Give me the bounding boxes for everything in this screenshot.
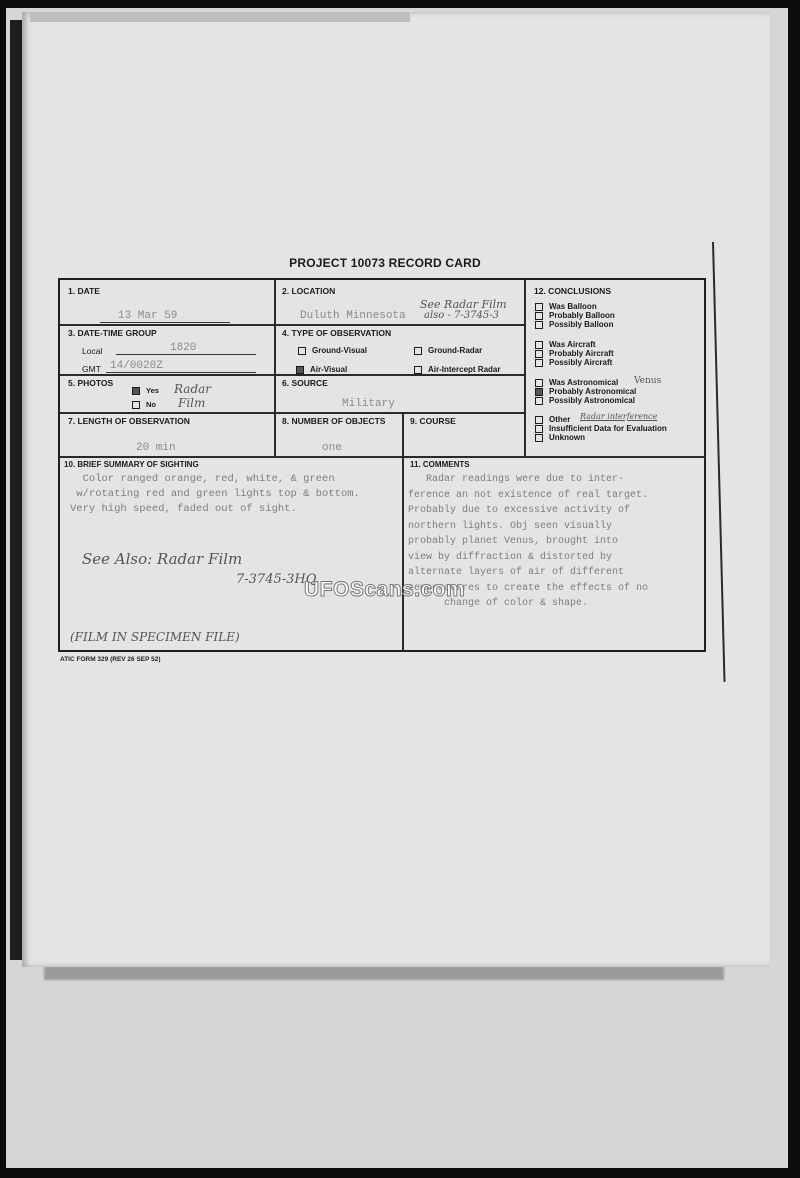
page-top-fold: [30, 12, 410, 22]
checkbox-checked-icon: [132, 387, 140, 395]
checkbox-icon: [535, 303, 543, 311]
concl-probably-astronomical[interactable]: Probably Astronomical: [535, 387, 636, 396]
concl-astronomical-note: Venus: [634, 376, 661, 386]
checkbox-icon: [298, 347, 306, 355]
photos-label: 5. PHOTOS: [68, 378, 113, 388]
photos-note-film: Film: [178, 396, 205, 410]
gmt-underline: [106, 372, 256, 373]
concl-possibly-aircraft[interactable]: Possibly Aircraft: [535, 358, 612, 367]
divider-row2: [60, 374, 524, 376]
photos-note-radar: Radar: [174, 382, 211, 396]
date-label: 1. DATE: [68, 286, 100, 296]
length-label: 7. LENGTH OF OBSERVATION: [68, 416, 190, 426]
concl-was-aircraft[interactable]: Was Aircraft: [535, 340, 596, 349]
gmt-label: GMT: [82, 364, 101, 374]
checkbox-checked-icon: [296, 366, 304, 374]
concl-other[interactable]: Other: [535, 415, 570, 424]
checkbox-icon: [535, 416, 543, 424]
date-value: 13 Mar 59: [118, 310, 177, 322]
summary-text: Color ranged orange, red, white, & green…: [70, 472, 360, 517]
concl-probably-balloon[interactable]: Probably Balloon: [535, 311, 615, 320]
concl-possibly-astronomical[interactable]: Possibly Astronomical: [535, 396, 635, 405]
concl-other-note: Radar interference: [580, 412, 657, 421]
gmt-value: 14/0020Z: [110, 360, 163, 372]
location-label: 2. LOCATION: [282, 286, 335, 296]
photos-yes[interactable]: Yes: [132, 386, 159, 395]
summary-note-see-also: See Also: Radar Film: [82, 550, 242, 568]
location-note-also: also - 7-3745-3: [424, 310, 499, 321]
length-value: 20 min: [136, 442, 176, 454]
checkbox-icon: [535, 312, 543, 320]
option-ground-radar[interactable]: Ground-Radar: [414, 346, 482, 355]
objects-label: 8. NUMBER OF OBJECTS: [282, 416, 385, 426]
source-label: 6. SOURCE: [282, 378, 328, 388]
divider-col-mid: [402, 412, 404, 652]
checkbox-icon: [535, 359, 543, 367]
summary-label: 10. BRIEF SUMMARY OF SIGHTING: [64, 460, 199, 469]
checkbox-icon: [535, 397, 543, 405]
checkbox-icon: [535, 341, 543, 349]
summary-note-specimen-file: (FILM IN SPECIMEN FILE): [70, 630, 240, 644]
divider-row3: [60, 412, 524, 414]
checkbox-icon: [535, 434, 543, 442]
local-underline: [116, 354, 256, 355]
local-time-label: Local: [82, 346, 102, 356]
checkbox-icon: [535, 379, 543, 387]
concl-was-astronomical[interactable]: Was Astronomical: [535, 378, 618, 387]
checkbox-icon: [414, 347, 422, 355]
concl-was-balloon[interactable]: Was Balloon: [535, 302, 597, 311]
photos-no[interactable]: No: [132, 400, 156, 409]
option-ground-visual[interactable]: Ground-Visual: [298, 346, 367, 355]
checkbox-icon: [535, 321, 543, 329]
date-underline: [100, 322, 230, 323]
divider-col1: [274, 280, 276, 456]
option-air-intercept-radar[interactable]: Air-Intercept Radar: [414, 365, 500, 374]
conclusions-panel: 12. CONCLUSIONS Was Balloon Probably Bal…: [526, 280, 706, 456]
concl-possibly-balloon[interactable]: Possibly Balloon: [535, 320, 613, 329]
local-time-value: 1820: [170, 342, 196, 354]
location-value: Duluth Minnesota: [300, 310, 406, 322]
card-title: PROJECT 10073 RECORD CARD: [270, 256, 500, 270]
checkbox-icon: [535, 425, 543, 433]
option-air-visual[interactable]: Air-Visual: [296, 365, 347, 374]
source-value: Military: [342, 398, 395, 410]
conclusions-label: 12. CONCLUSIONS: [534, 286, 611, 296]
checkbox-icon: [132, 401, 140, 409]
concl-insufficient-data[interactable]: Insufficient Data for Evaluation: [535, 424, 667, 433]
watermark: UFOScans.com: [304, 578, 465, 602]
concl-probably-aircraft[interactable]: Probably Aircraft: [535, 349, 614, 358]
objects-value: one: [322, 442, 342, 454]
datetime-label: 3. DATE-TIME GROUP: [68, 328, 157, 338]
comments-label: 11. COMMENTS: [410, 460, 470, 469]
checkbox-icon: [535, 350, 543, 358]
checkbox-checked-icon: [535, 388, 543, 396]
course-label: 9. COURSE: [410, 416, 456, 426]
observation-type-label: 4. TYPE OF OBSERVATION: [282, 328, 391, 338]
checkbox-icon: [414, 366, 422, 374]
divider-row1: [60, 324, 524, 326]
divider-row4: [60, 456, 706, 458]
concl-unknown[interactable]: Unknown: [535, 433, 585, 442]
form-number: ATIC FORM 329 (REV 26 SEP 52): [60, 656, 161, 663]
page-shadow: [44, 966, 724, 980]
